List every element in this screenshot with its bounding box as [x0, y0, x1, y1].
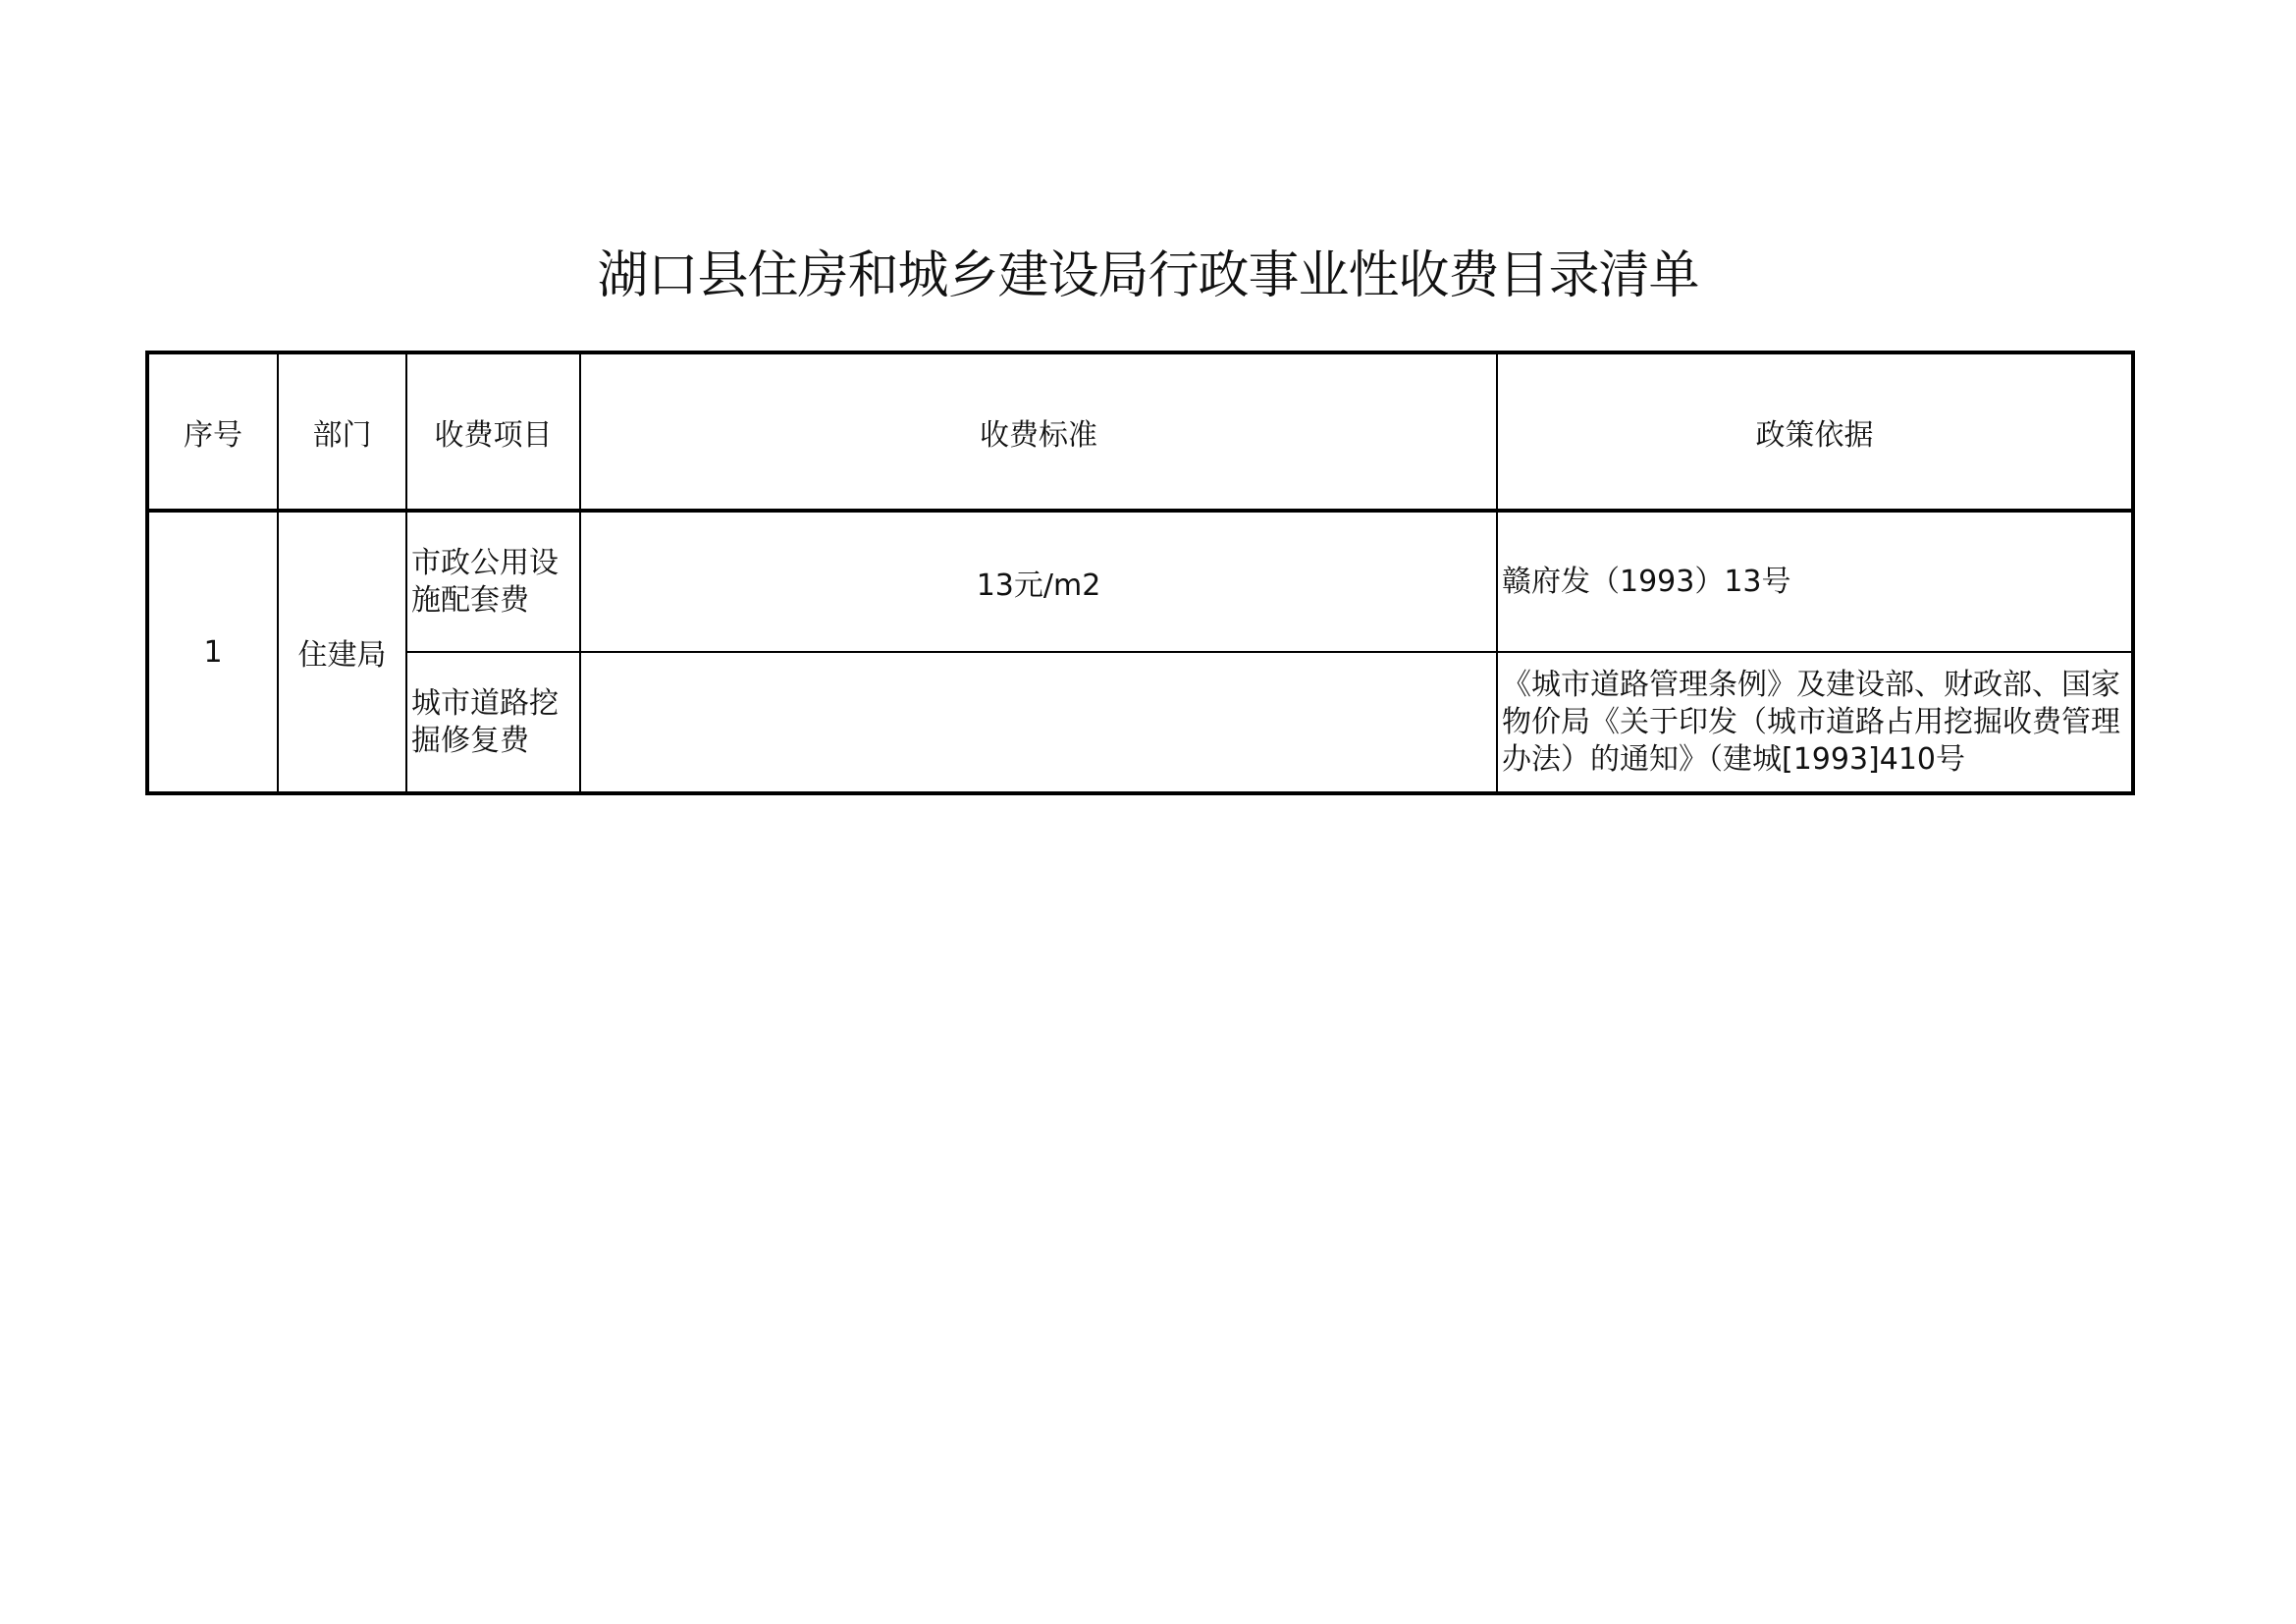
- cell-policy-basis: 《城市道路管理条例》及建设部、财政部、国家物价局《关于印发（城市道路占用挖掘收费…: [1497, 652, 2133, 793]
- table-header-row: 序号 部门 收费项目 收费标准 政策依据: [147, 352, 2133, 511]
- page-title: 湖口县住房和城乡建设局行政事业性收费目录清单: [0, 242, 2296, 310]
- table-row: 1 住建局 市政公用设施配套费 13元/m2 赣府发（1993）13号: [147, 511, 2133, 652]
- cell-fee-standard: 13元/m2: [580, 511, 1497, 652]
- fee-catalog-table: 序号 部门 收费项目 收费标准 政策依据 1 住建局 市政公用设施配套费 13元…: [145, 351, 2135, 795]
- header-department: 部门: [278, 352, 406, 511]
- cell-department: 住建局: [278, 511, 406, 793]
- cell-seq: 1: [147, 511, 278, 793]
- cell-fee-item: 城市道路挖掘修复费: [406, 652, 580, 793]
- table-row: 城市道路挖掘修复费 《城市道路管理条例》及建设部、财政部、国家物价局《关于印发（…: [147, 652, 2133, 793]
- header-fee-item: 收费项目: [406, 352, 580, 511]
- cell-fee-item: 市政公用设施配套费: [406, 511, 580, 652]
- header-seq: 序号: [147, 352, 278, 511]
- header-fee-standard: 收费标准: [580, 352, 1497, 511]
- cell-fee-standard: [580, 652, 1497, 793]
- cell-policy-basis: 赣府发（1993）13号: [1497, 511, 2133, 652]
- header-policy-basis: 政策依据: [1497, 352, 2133, 511]
